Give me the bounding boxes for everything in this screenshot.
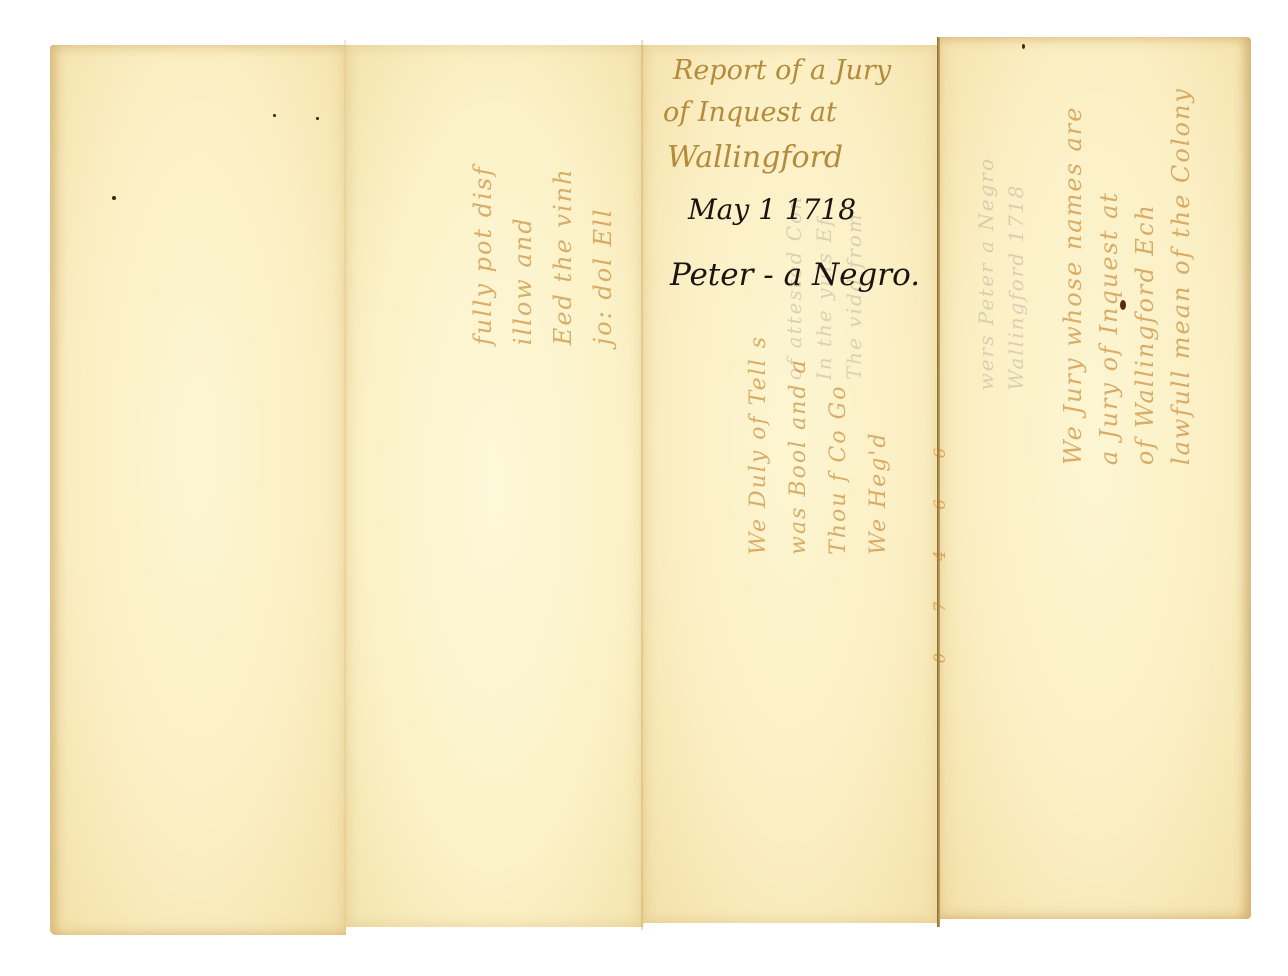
bleed-through-text-panel-2: fully pot disf illow and Eed the vinh jo…: [463, 165, 623, 345]
bleed-line: of Wallingford Ech: [1131, 203, 1159, 465]
ink-speck: [1120, 300, 1126, 310]
bleed-line: illow and: [509, 216, 537, 345]
bleed-line: a Jury of Inquest at: [1095, 191, 1123, 465]
bleed-line: lawfull mean of the Colony: [1167, 87, 1195, 465]
bleed-line: jo: dol Ell: [589, 208, 617, 346]
docket-subject: Peter - a Negro.: [670, 257, 920, 293]
fold-line: [344, 40, 347, 930]
bleed-through-text-panel-4: We Jury whose names are a Jury of Inques…: [1055, 87, 1199, 465]
bleed-through-faint-panel-4: wers Peter a Negro Wallingford 1718: [971, 157, 1031, 390]
panel-2: fully pot disf illow and Eed the vinh jo…: [346, 45, 643, 927]
bleed-line: was Bool and a: [786, 358, 811, 554]
fold-marks: 0 7 4 6 6: [930, 430, 950, 663]
bleed-line: We Jury whose names are: [1059, 106, 1087, 466]
fold-line: [641, 40, 644, 930]
docket-place: Wallingford: [667, 140, 843, 175]
ink-speck: [316, 117, 319, 120]
ink-speck: [112, 196, 116, 200]
docket-title-line-1: Report of a Jury: [673, 55, 891, 86]
bleed-line: fully pot disf: [469, 165, 497, 345]
bleed-line: Thou f Co Go: [826, 385, 851, 555]
bleed-through-text-panel-3: We Duly of Tell s was Bool and a Thou f …: [739, 335, 899, 555]
panel-4: We Jury whose names are a Jury of Inques…: [939, 37, 1251, 919]
panel-1-blank: [50, 45, 346, 935]
ink-speck: [1022, 44, 1025, 49]
bleed-line: We Heg'd: [866, 432, 891, 555]
panel-3-docket: of attested Con In the yuls Ef The vidd …: [643, 45, 939, 923]
docket-date: May 1 1718: [688, 193, 856, 226]
ink-speck: [273, 114, 276, 117]
docket-title-line-2: of Inquest at: [663, 97, 837, 128]
bleed-line: wers Peter a Negro: [974, 157, 998, 390]
bleed-line: We Duly of Tell s: [746, 335, 771, 555]
bleed-line: Eed the vinh: [549, 167, 577, 345]
document-scan: fully pot disf illow and Eed the vinh jo…: [0, 0, 1288, 976]
bleed-line: Wallingford 1718: [1004, 184, 1028, 391]
